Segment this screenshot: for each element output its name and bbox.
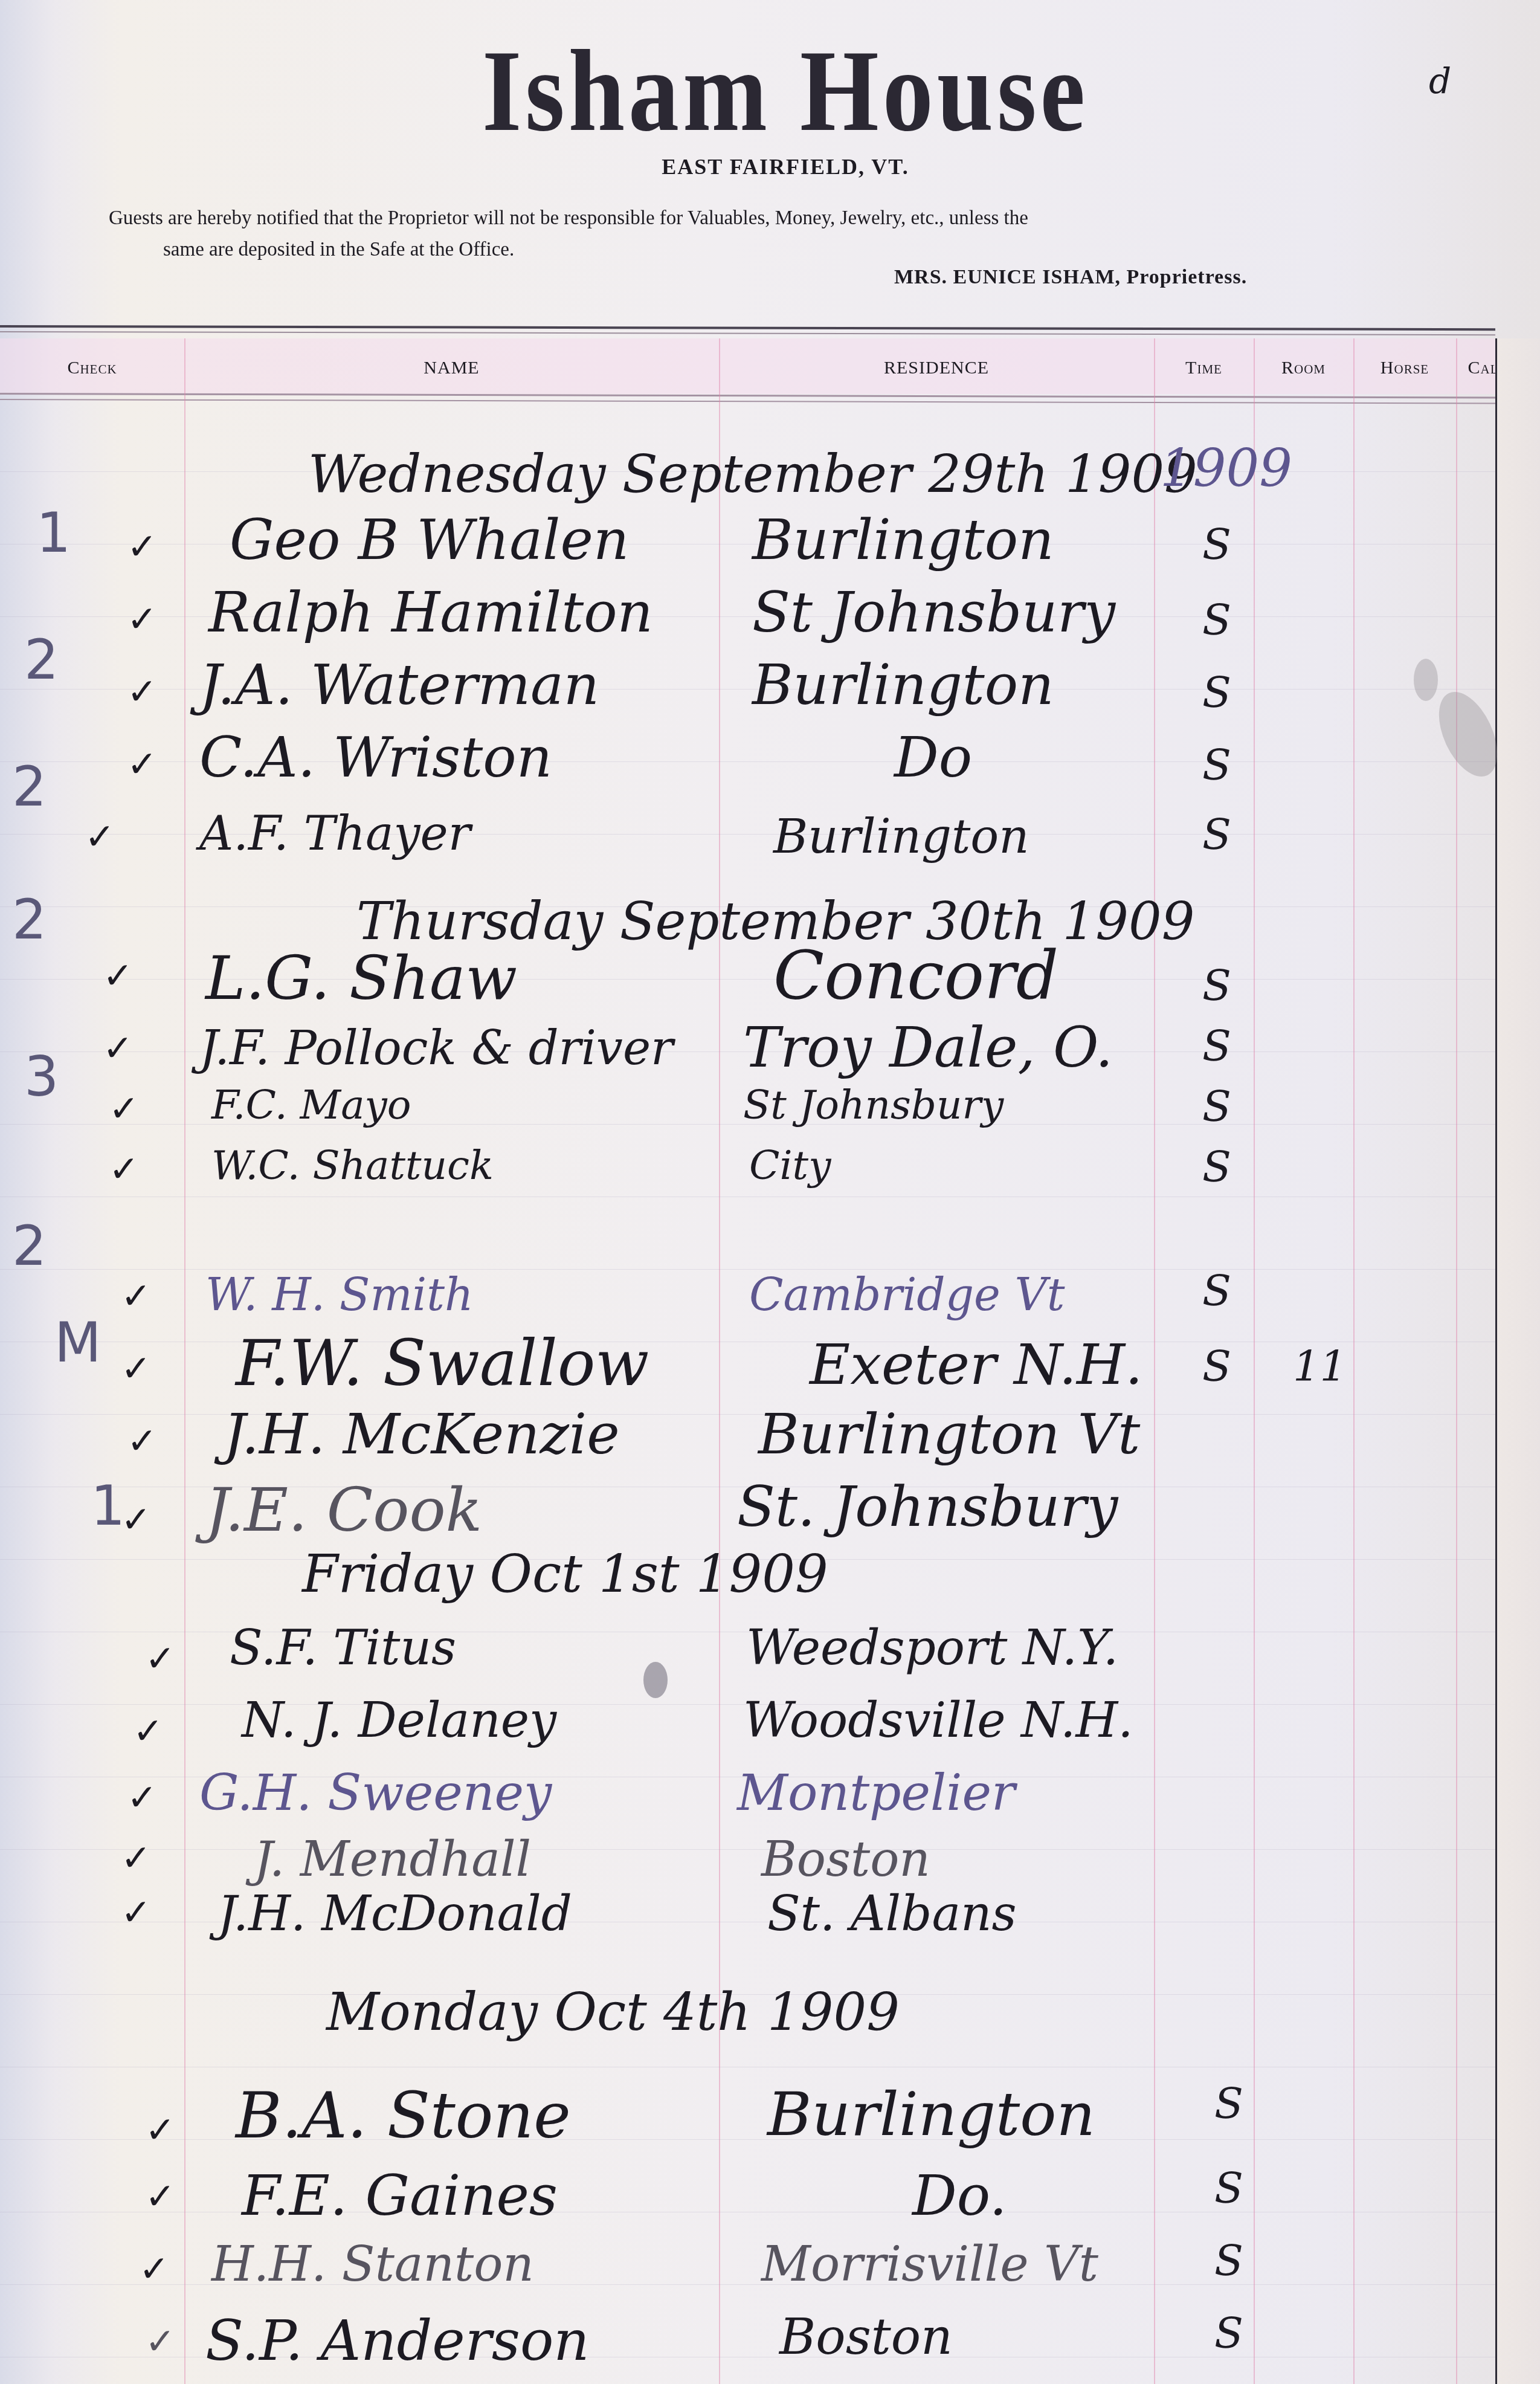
check-mark[interactable]: ✓ xyxy=(109,1088,139,1130)
guest-name: J.H. McDonald xyxy=(217,1885,572,1942)
guest-name: J.E. Cook xyxy=(205,1475,482,1545)
guest-name: F.C. Mayo xyxy=(211,1082,411,1128)
guest-name: G.H. Sweeney xyxy=(199,1765,552,1822)
guest-name: N. J. Delaney xyxy=(242,1692,556,1748)
check-mark[interactable]: ✓ xyxy=(127,526,157,568)
guest-name: S.F. Titus xyxy=(230,1620,456,1676)
guest-time: S xyxy=(1214,2163,1243,2213)
check-mark[interactable]: ✓ xyxy=(127,1420,157,1462)
guest-name: J.H. McKenzie xyxy=(224,1402,620,1467)
guest-name: J.F. Pollock & driver xyxy=(199,1021,673,1076)
tally-mark: 2 xyxy=(12,1215,47,1278)
check-mark[interactable]: ✓ xyxy=(127,743,157,786)
date-header: Monday Oct 4th 1909 xyxy=(326,1982,900,2043)
guest-name: W. H. Smith xyxy=(205,1269,474,1321)
guest-residence: Montpelier xyxy=(737,1765,1015,1822)
check-mark[interactable]: ✓ xyxy=(121,1275,151,1317)
guest-residence: Do xyxy=(894,725,972,790)
guest-time: S xyxy=(1202,668,1231,717)
guest-residence: Boston xyxy=(761,1831,930,1887)
date-header: Friday Oct 1st 1909 xyxy=(302,1544,828,1604)
tally-mark: 1 xyxy=(91,1475,125,1538)
guest-time: S xyxy=(1214,2079,1243,2128)
check-mark[interactable]: ✓ xyxy=(127,1777,157,1819)
guest-name: H.H. Stanton xyxy=(211,2236,534,2292)
guest-residence: St Johnsbury xyxy=(743,1082,1004,1128)
guest-time: S xyxy=(1214,2236,1243,2285)
guest-name: Geo B Whalen xyxy=(230,508,629,572)
guest-name: L.G. Shaw xyxy=(205,943,517,1013)
guest-name: A.F. Thayer xyxy=(199,807,471,861)
date-header: Wednesday September 29th 1909 xyxy=(308,444,1197,505)
tally-mark: M xyxy=(54,1311,101,1375)
guest-time: S xyxy=(1202,595,1231,645)
guest-time: S xyxy=(1202,1142,1231,1192)
check-mark[interactable]: ✓ xyxy=(121,1348,151,1390)
check-mark[interactable]: ✓ xyxy=(121,1891,151,1934)
guest-residence: Burlington Vt xyxy=(758,1402,1140,1467)
check-mark[interactable]: ✓ xyxy=(145,1638,175,1680)
guest-time: S xyxy=(1202,740,1231,790)
guest-residence: St Johnsbury xyxy=(752,580,1115,645)
guest-residence: Boston xyxy=(779,2308,953,2366)
check-mark[interactable]: ✓ xyxy=(145,2321,175,2363)
guest-residence: Woodsville N.H. xyxy=(743,1692,1133,1748)
guest-residence: Burlington xyxy=(773,810,1029,864)
guest-residence: St. Albans xyxy=(767,1885,1017,1942)
guest-time: S xyxy=(1202,520,1231,569)
register-entries: Wednesday September 29th 1909 1909 1 ✓ G… xyxy=(0,0,1540,2384)
guest-residence: Burlington xyxy=(752,508,1054,572)
guest-residence: Cambridge Vt xyxy=(749,1269,1065,1321)
guest-time: S xyxy=(1202,1266,1231,1316)
guest-name: J.A. Waterman xyxy=(199,653,599,717)
register-page: Isham House EAST FAIRFIELD, VT. Guests a… xyxy=(0,0,1540,2384)
check-mark[interactable]: ✓ xyxy=(145,2109,175,2151)
check-mark[interactable]: ✓ xyxy=(121,1837,151,1879)
guest-room: 11 xyxy=(1293,1342,1347,1391)
check-mark[interactable]: ✓ xyxy=(133,1710,163,1752)
guest-time: S xyxy=(1202,1021,1231,1071)
guest-residence: Burlington xyxy=(752,653,1054,717)
guest-residence: St. Johnsbury xyxy=(737,1475,1118,1539)
check-mark[interactable]: ✓ xyxy=(103,1027,133,1070)
tally-mark: 2 xyxy=(24,628,59,692)
check-mark[interactable]: ✓ xyxy=(109,1148,139,1190)
guest-name: S.P. Anderson xyxy=(205,2308,590,2373)
guest-name: C.A. Wriston xyxy=(199,725,552,790)
guest-time: S xyxy=(1202,1342,1231,1391)
check-mark[interactable]: ✓ xyxy=(139,2248,169,2290)
guest-name: W.C. Shattuck xyxy=(211,1142,494,1189)
guest-time: S xyxy=(1202,810,1231,859)
check-mark[interactable]: ✓ xyxy=(103,955,133,997)
guest-residence: Weedsport N.Y. xyxy=(746,1620,1118,1676)
guest-name: Ralph Hamilton xyxy=(208,580,653,645)
check-mark[interactable]: ✓ xyxy=(145,2176,175,2218)
check-mark[interactable]: ✓ xyxy=(121,1499,151,1541)
tally-mark: 3 xyxy=(24,1045,59,1109)
tally-mark: 2 xyxy=(12,755,47,819)
guest-residence: Exeter N.H. xyxy=(810,1333,1142,1397)
guest-name: F.E. Gaines xyxy=(242,2163,558,2228)
tally-mark: 1 xyxy=(36,502,71,565)
check-mark[interactable]: ✓ xyxy=(127,598,157,641)
guest-residence: Do. xyxy=(912,2163,1007,2228)
guest-residence: Concord xyxy=(773,937,1058,1014)
guest-time: S xyxy=(1214,2308,1243,2358)
guest-name: B.A. Stone xyxy=(236,2079,571,2153)
check-mark[interactable]: ✓ xyxy=(127,671,157,713)
guest-name: J. Mendhall xyxy=(254,1831,531,1887)
guest-time: S xyxy=(1202,961,1231,1010)
guest-residence: City xyxy=(749,1142,831,1189)
guest-time: S xyxy=(1202,1082,1231,1131)
guest-name: F.W. Swallow xyxy=(236,1326,649,1400)
guest-residence: Burlington xyxy=(767,2079,1095,2150)
check-mark[interactable]: ✓ xyxy=(85,816,115,858)
date-margin-year: 1909 xyxy=(1160,438,1292,499)
tally-mark: 2 xyxy=(12,888,47,952)
guest-residence: Troy Dale, O. xyxy=(743,1015,1113,1080)
guest-residence: Morrisville Vt xyxy=(761,2236,1098,2292)
